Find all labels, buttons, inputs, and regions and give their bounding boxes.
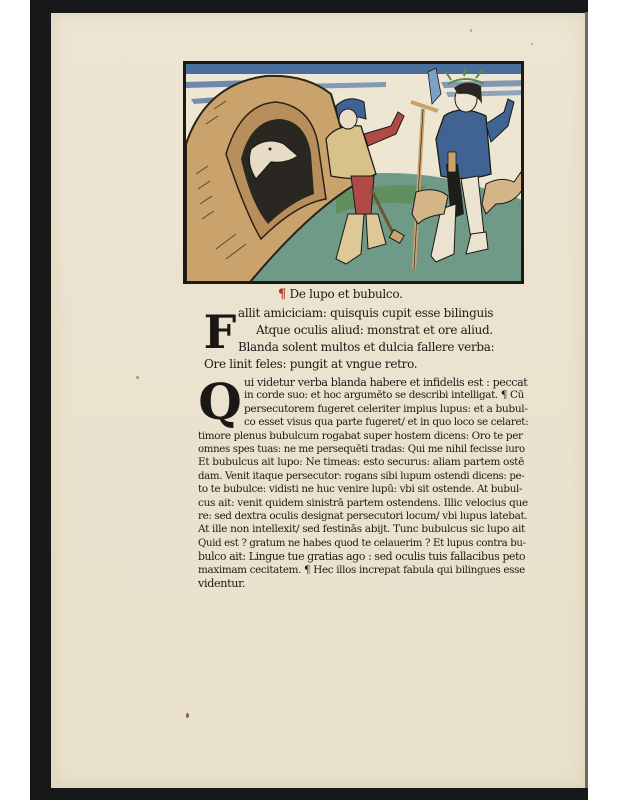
prose-line: videntur.: [198, 577, 245, 590]
prose-line: to te bubulce: vidisti ne huc venire lup…: [198, 483, 522, 496]
prose-line: Et bubulcus ait lupo: Ne timeas: esto se…: [198, 456, 524, 469]
verse-line: Atque oculis aliud: monstrat et ore aliu…: [256, 324, 493, 337]
prose-line: bulco ait: Lingue tue gratias ago : sed …: [198, 550, 525, 563]
ink-speck: [186, 713, 189, 718]
ink-speck: [470, 29, 472, 32]
decorated-initial-q: Q: [198, 374, 242, 430]
ink-speck: [136, 376, 139, 379]
prose-line: ui videtur verba blanda habere et infide…: [244, 376, 527, 389]
prose-line: persecutorem fugeret celeriter impius lu…: [244, 403, 528, 416]
verse-line: allit amiciciam: quisquis cupit esse bil…: [238, 307, 493, 320]
prose-line: omnes spes tuas: ne me persequēti tradas…: [198, 443, 525, 456]
woodcut-illustration: [183, 61, 524, 284]
woodcut-scene-icon: [186, 64, 524, 284]
prose-line: re: sed dextra oculis designat persecuto…: [198, 510, 527, 523]
prose-line: in corde suo: et hoc argumēto se describ…: [244, 389, 524, 402]
prose-line: timore plenus bubulcum rogabat super hos…: [198, 430, 523, 443]
chapter-heading: ¶ De lupo et bubulco.: [278, 288, 403, 301]
verse-line: Ore linit feles: pungit at vngue retro.: [204, 358, 417, 371]
prose-line: Quid est ? gratum ne habes quod te celau…: [198, 537, 526, 550]
verse-line: Blanda solent multos et dulcia fallere v…: [238, 341, 494, 354]
decorated-initial-f: F: [200, 306, 240, 358]
prose-line: dam. Venit itaque persecutor: rogans sib…: [198, 470, 524, 483]
prose-line: co esset visus qua parte fugeret/ et in …: [244, 416, 528, 429]
prose-line: maximam cecitatem. ¶ Hec illos increpat …: [198, 564, 525, 577]
pilcrow-mark: ¶: [278, 287, 286, 302]
ink-speck: [531, 43, 533, 45]
prose-line: At ille non intellexit/ sed festinās abi…: [198, 523, 525, 536]
page-edge: [585, 12, 588, 788]
chapter-title: De lupo et bubulco.: [290, 287, 403, 301]
prose-line: cus ait: venit quidem sinistrā partem os…: [198, 497, 528, 510]
